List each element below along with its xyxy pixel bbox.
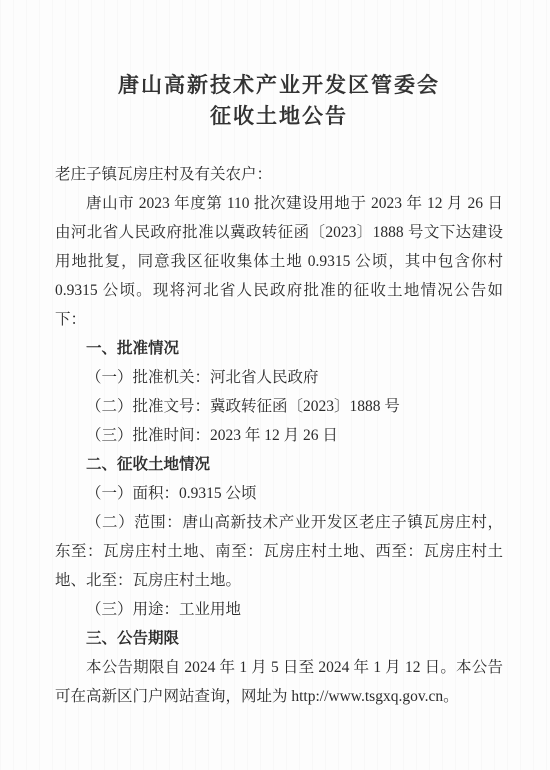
section-1-item-approving-authority: （一）批准机关：河北省人民政府 [55, 363, 503, 392]
section-1-item-approval-number: （二）批准文号：冀政转征函〔2023〕1888 号 [55, 392, 503, 421]
section-3-period-paragraph: 本公告期限自 2024 年 1 月 5 日至 2024 年 1 月 12 日。本… [55, 653, 503, 711]
intro-paragraph: 唐山市 2023 年度第 110 批次建设用地于 2023 年 12 月 26 … [55, 189, 503, 334]
scanned-announcement-page: 唐山高新技术产业开发区管委会 征收土地公告 老庄子镇瓦房庄村及有关农户： 唐山市… [0, 0, 550, 770]
salutation: 老庄子镇瓦房庄村及有关农户： [55, 160, 503, 189]
document-body: 老庄子镇瓦房庄村及有关农户： 唐山市 2023 年度第 110 批次建设用地于 … [55, 160, 503, 711]
section-1-heading: 一、批准情况 [55, 334, 503, 363]
section-3-heading: 三、公告期限 [55, 624, 503, 653]
title-line-announcement: 征收土地公告 [55, 101, 503, 132]
section-1-item-approval-date: （三）批准时间：2023 年 12 月 26 日 [55, 421, 503, 450]
section-2-item-usage: （三）用途：工业用地 [55, 595, 503, 624]
document-title: 唐山高新技术产业开发区管委会 征收土地公告 [55, 70, 503, 132]
section-2-heading: 二、征收土地情况 [55, 450, 503, 479]
title-line-agency: 唐山高新技术产业开发区管委会 [55, 70, 503, 101]
section-2-item-area: （一）面积：0.9315 公顷 [55, 479, 503, 508]
section-2-item-scope: （二）范围：唐山高新技术产业开发区老庄子镇瓦房庄村，东至：瓦房庄村土地、南至：瓦… [55, 508, 503, 595]
